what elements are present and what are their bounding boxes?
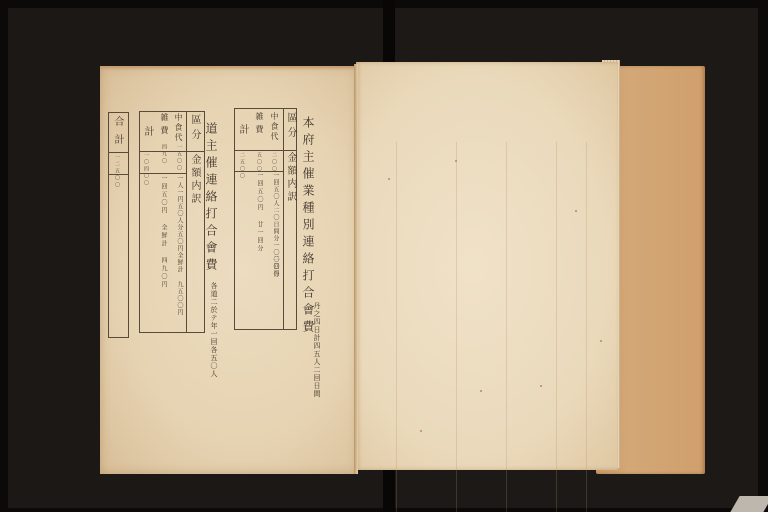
section1-period-note: 丹之四日計四五人二回日間 (313, 302, 320, 398)
section2-row-detail: 一回五〇円 全鮮計 四九〇円 (160, 175, 166, 289)
section2-period-note: 各道二於テ年一回各五〇人 (210, 282, 217, 378)
section1-table-header-rule (234, 150, 297, 151)
section2-table (139, 111, 205, 333)
section2-header-category: 區分 (189, 114, 199, 144)
section2-row-amount: 一五〇〇 (176, 144, 181, 172)
section2-row-label: 計 (142, 126, 152, 138)
section1-row-label: 雑費 (255, 112, 263, 138)
section2-row-amount: 四九〇 (161, 144, 166, 165)
show-through-line (456, 142, 457, 512)
show-through-line (396, 142, 397, 512)
total-table-rule (108, 152, 129, 153)
paper-speck (540, 385, 542, 387)
section1-row-label: 計 (237, 124, 247, 136)
section1-row-amount: 二五〇〇 (239, 152, 244, 180)
section1-header-breakdown: 金額内訳 (285, 152, 295, 204)
section1-table-divider (283, 108, 284, 330)
show-through-line (556, 142, 557, 512)
section1-row-detail: 一回五〇円 廿一回分 (256, 172, 262, 253)
section1-header-category: 區分 (285, 112, 295, 142)
section1-row-amount: 二〇〇 (271, 152, 276, 173)
section1-row-label: 中食代 (270, 112, 278, 142)
section2-header-breakdown: 金額内訳 (189, 154, 199, 206)
total-amount: 一二五〇〇 (114, 154, 119, 189)
section1-row-detail: 二回分 (272, 255, 278, 279)
section2-row-label: 中食代 (174, 113, 182, 143)
paper-speck (420, 430, 422, 432)
paper-speck (480, 390, 482, 392)
section2-row-amount: 一〇四〇〇 (143, 152, 148, 187)
section1-row-amount: 五〇〇 (256, 152, 261, 173)
show-through-line (506, 142, 507, 512)
total-label: 合計 (112, 116, 122, 152)
show-through-line (586, 142, 587, 512)
paper-speck (600, 340, 602, 342)
paper-speck (455, 160, 457, 162)
section2-table-divider (186, 111, 187, 333)
paper-speck (388, 178, 390, 180)
section2-row-detail: 一人一円五〇人分五〇円全鮮計 九五〇〇円 (176, 175, 182, 316)
right-page (356, 62, 618, 470)
paper-speck (575, 210, 577, 212)
book-gutter (354, 64, 358, 474)
section2-title: 道主催連絡打合會費 (205, 122, 217, 275)
section2-row-label: 雑費 (160, 113, 168, 139)
